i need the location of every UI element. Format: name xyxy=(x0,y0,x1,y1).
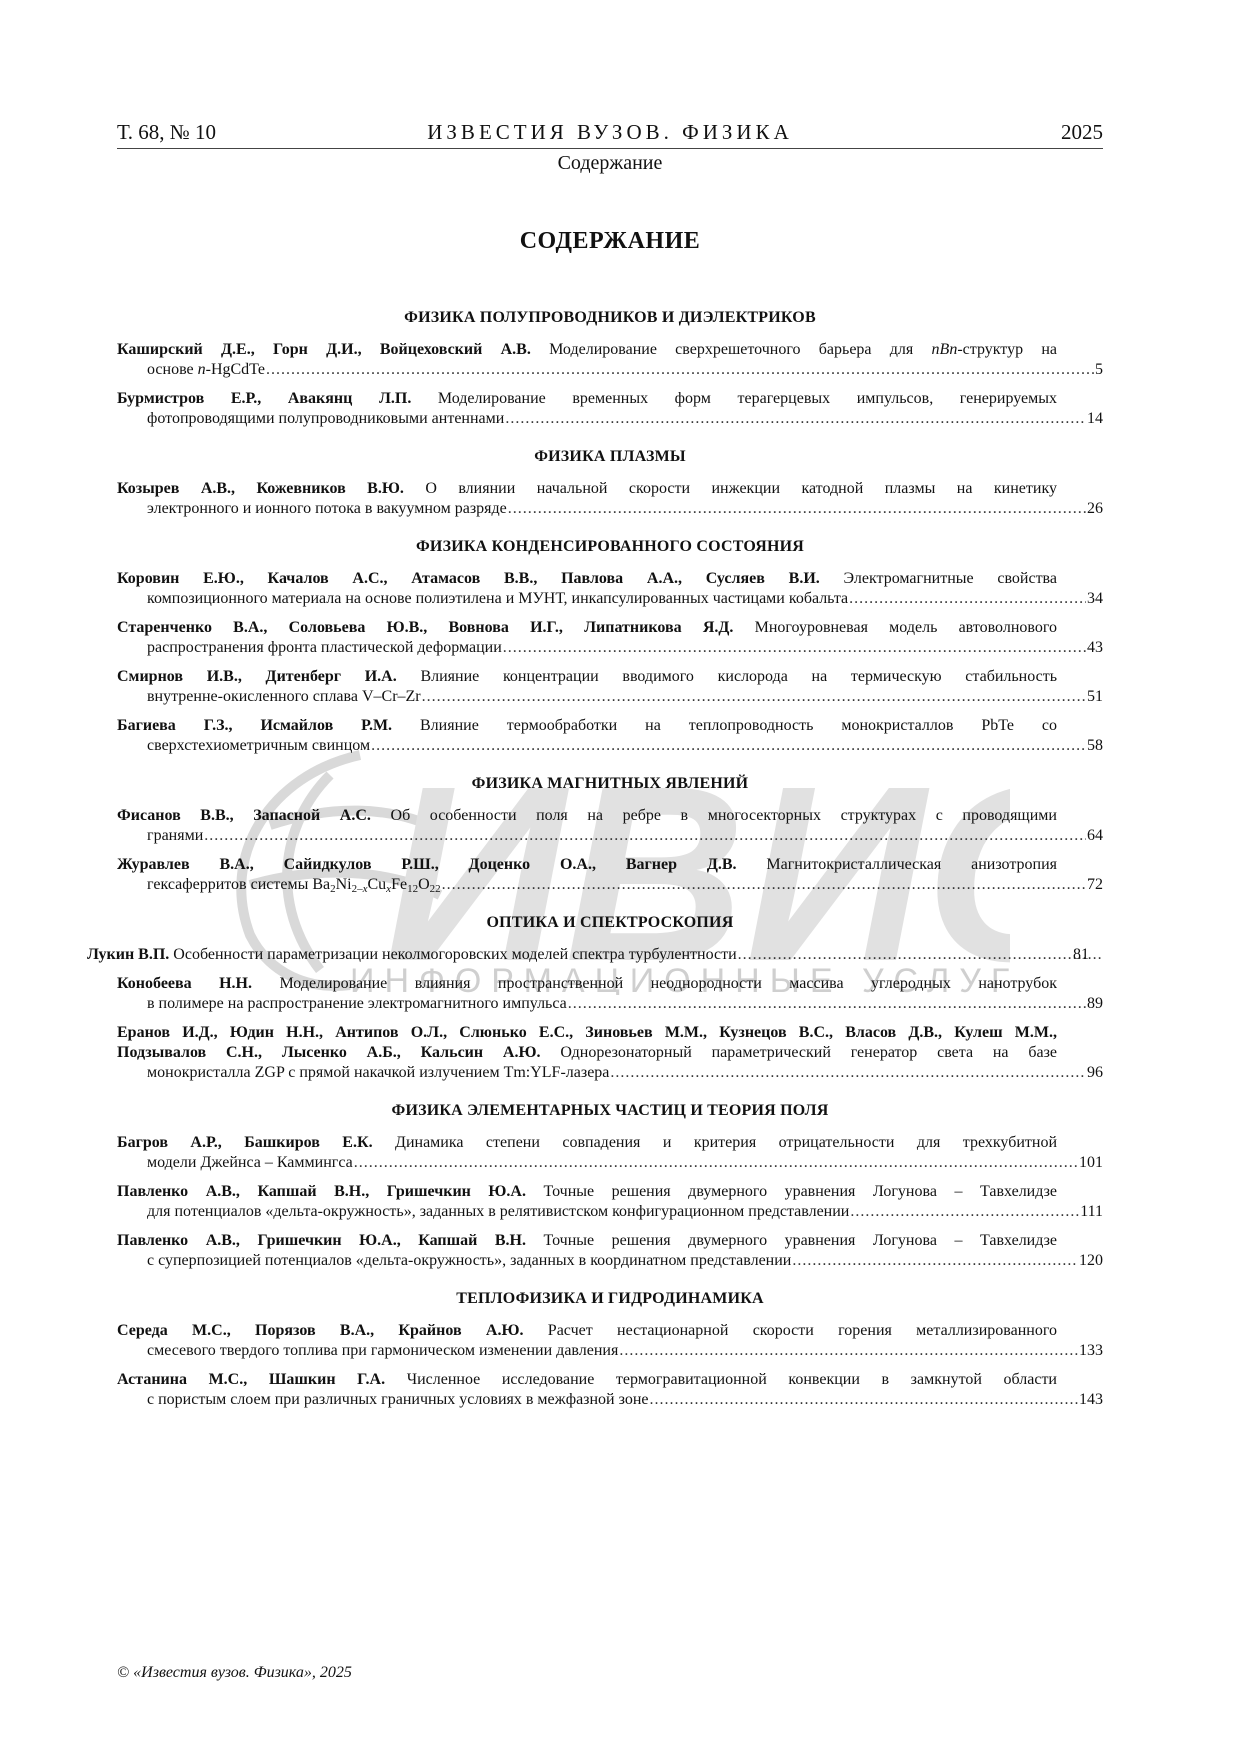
page-number[interactable]: 101 xyxy=(1079,1153,1103,1173)
entry-title-continued: модели Джейнса – Каммингса xyxy=(147,1153,353,1173)
entry-authors: Козырев А.В., Кожевников В.Ю. xyxy=(117,480,404,497)
page-number[interactable]: 51 xyxy=(1087,687,1103,707)
entry-title: Электромагнитные свойства xyxy=(844,570,1058,587)
running-header: Т. 68, № 10 ИЗВЕСТИЯ ВУЗОВ. ФИЗИКА 2025 xyxy=(117,118,1103,149)
entry-title-continued: в полимере на распространение электромаг… xyxy=(147,994,567,1014)
entry-authors: Еранов И.Д., Юдин Н.Н., Антипов О.Л., Сл… xyxy=(117,1024,1057,1041)
entry-title: О влиянии начальной скорости инжекции ка… xyxy=(425,480,1057,497)
leader-dots xyxy=(204,826,1086,846)
leader-dots xyxy=(371,736,1086,756)
section-title: ТЕПЛОФИЗИКА И ГИДРОДИНАМИКА xyxy=(117,1289,1103,1309)
entry-title-continued: монокристалла ZGP с прямой накачкой излу… xyxy=(147,1063,609,1083)
running-subtitle: Содержание xyxy=(117,152,1103,175)
entry-title-continued: гранями xyxy=(147,826,203,846)
toc-entry[interactable]: Журавлев В.А., Сайидкулов Р.Ш., Доценко … xyxy=(117,855,1103,895)
leader-dots xyxy=(505,409,1086,429)
toc-entry[interactable]: Старенченко В.А., Соловьева Ю.В., Вовнов… xyxy=(117,618,1103,658)
entry-authors: Павленко А.В., Гришечкин Ю.А., Капшай В.… xyxy=(117,1232,526,1249)
page: Т. 68, № 10 ИЗВЕСТИЯ ВУЗОВ. ФИЗИКА 2025 … xyxy=(0,0,1241,1755)
page-number[interactable]: 96 xyxy=(1087,1063,1103,1083)
leader-dots xyxy=(650,1390,1078,1410)
toc-entry[interactable]: Смирнов И.В., Дитенберг И.А. Влияние кон… xyxy=(117,667,1103,707)
entry-title: Об особенности поля на ребре в многосект… xyxy=(391,807,1057,824)
toc-section: ФИЗИКА ПЛАЗМЫКозырев А.В., Кожевников В.… xyxy=(117,447,1103,519)
entry-authors: Багров А.Р., Башкиров Е.К. xyxy=(117,1134,373,1151)
toc-entry[interactable]: Астанина М.С., Шашкин Г.А. Численное исс… xyxy=(117,1370,1103,1410)
toc-entry[interactable]: Середа М.С., Порязов В.А., Крайнов А.Ю. … xyxy=(117,1321,1103,1361)
page-title: СОДЕРЖАНИЕ xyxy=(117,228,1103,255)
toc-entry[interactable]: Багров А.Р., Башкиров Е.К. Динамика степ… xyxy=(117,1133,1103,1173)
page-number[interactable]: 26 xyxy=(1087,499,1103,519)
entry-title-continued: фотопроводящими полупроводниковыми антен… xyxy=(147,409,504,429)
leader-dots xyxy=(619,1341,1078,1361)
entry-authors: Каширский Д.Е., Горн Д.И., Войцеховский … xyxy=(117,341,531,358)
entry-title-continued: электронного и ионного потока в вакуумно… xyxy=(147,499,507,519)
entry-title: Моделирование сверхрешеточного барьера д… xyxy=(549,341,1057,358)
entry-authors: Середа М.С., Порязов В.А., Крайнов А.Ю. xyxy=(117,1322,523,1339)
entry-title: Магнитокристаллическая анизотропия xyxy=(766,856,1057,873)
entry-title: Точные решения двумерного уравнения Логу… xyxy=(544,1232,1057,1249)
entry-title: Численное исследование термогравитационн… xyxy=(407,1371,1057,1388)
table-of-contents: ФИЗИКА ПОЛУПРОВОДНИКОВ И ДИЭЛЕКТРИКОВКаш… xyxy=(117,308,1103,1419)
entry-authors: Коровин Е.Ю., Качалов А.С., Атамасов В.В… xyxy=(117,570,820,587)
year: 2025 xyxy=(1061,120,1103,145)
entry-title-continued: сверхстехиометричным свинцом xyxy=(147,736,370,756)
journal-name: ИЗВЕСТИЯ ВУЗОВ. ФИЗИКА xyxy=(117,120,1103,145)
entry-authors: Старенченко В.А., Соловьева Ю.В., Вовнов… xyxy=(117,619,733,636)
section-title: ФИЗИКА МАГНИТНЫХ ЯВЛЕНИЙ xyxy=(117,774,1103,794)
entry-title: Влияние концентрации вводимого кислорода… xyxy=(420,668,1057,685)
entry-title: Динамика степени совпадения и критерия о… xyxy=(395,1134,1057,1151)
entry-authors: Подзывалов С.Н., Лысенко А.Б., Кальсин А… xyxy=(117,1044,541,1061)
page-number[interactable]: 111 xyxy=(1080,1202,1103,1222)
entry-authors: Лукин В.П. xyxy=(87,946,169,963)
entry-title-continued: распространения фронта пластической дефо… xyxy=(147,638,502,658)
page-number[interactable]: 58 xyxy=(1087,736,1103,756)
entry-title-continued: основе n-HgCdTe xyxy=(147,360,265,380)
leader-dots xyxy=(354,1153,1078,1173)
section-title: ФИЗИКА ЭЛЕМЕНТАРНЫХ ЧАСТИЦ И ТЕОРИЯ ПОЛЯ xyxy=(117,1101,1103,1121)
leader-dots xyxy=(422,687,1086,707)
entry-title-continued: внутренне-окисленного сплава V–Cr–Zr xyxy=(147,687,421,707)
leader-dots xyxy=(266,360,1094,380)
entry-authors: Багиева Г.З., Исмайлов Р.М. xyxy=(117,717,392,734)
toc-entry[interactable]: Коровин Е.Ю., Качалов А.С., Атамасов В.В… xyxy=(117,569,1103,609)
entry-authors: Журавлев В.А., Сайидкулов Р.Ш., Доценко … xyxy=(117,856,737,873)
toc-entry[interactable]: Фисанов В.В., Запасной А.С. Об особеннос… xyxy=(117,806,1103,846)
leader-dots xyxy=(849,589,1086,609)
section-title: ОПТИКА И СПЕКТРОСКОПИЯ xyxy=(117,913,1103,933)
entry-title: Точные решения двумерного уравнения Логу… xyxy=(544,1183,1057,1200)
entry-title: Влияние термообработки на теплопроводнос… xyxy=(420,717,1057,734)
copyright-footer: © «Известия вузов. Физика», 2025 xyxy=(117,1664,352,1682)
toc-entry[interactable]: Еранов И.Д., Юдин Н.Н., Антипов О.Л., Сл… xyxy=(117,1023,1103,1083)
leader-dots xyxy=(568,994,1086,1014)
toc-section: ФИЗИКА ПОЛУПРОВОДНИКОВ И ДИЭЛЕКТРИКОВКаш… xyxy=(117,308,1103,429)
leader-dots xyxy=(610,1063,1086,1083)
leader-dots xyxy=(850,1202,1079,1222)
section-title: ФИЗИКА КОНДЕНСИРОВАННОГО СОСТОЯНИЯ xyxy=(117,537,1103,557)
toc-entry[interactable]: Павленко А.В., Гришечкин Ю.А., Капшай В.… xyxy=(117,1231,1103,1271)
toc-section: ТЕПЛОФИЗИКА И ГИДРОДИНАМИКАСереда М.С., … xyxy=(117,1289,1103,1410)
page-number[interactable]: 34 xyxy=(1087,589,1103,609)
toc-entry[interactable]: Бурмистров Е.Р., Авакянц Л.П. Моделирова… xyxy=(117,389,1103,429)
entry-title: Однорезонаторный параметрический генерат… xyxy=(560,1044,1057,1061)
section-title: ФИЗИКА ПОЛУПРОВОДНИКОВ И ДИЭЛЕКТРИКОВ xyxy=(117,308,1103,328)
page-number[interactable]: 89 xyxy=(1087,994,1103,1014)
page-number[interactable]: 133 xyxy=(1079,1341,1103,1361)
entry-title: Моделирование влияния пространственной н… xyxy=(279,975,1057,992)
entry-title-continued: композиционного материала на основе поли… xyxy=(147,589,848,609)
toc-entry[interactable]: Лукин В.П. Особенности параметризации не… xyxy=(117,945,1103,965)
toc-entry[interactable]: Каширский Д.Е., Горн Д.И., Войцеховский … xyxy=(117,340,1103,380)
toc-section: ФИЗИКА МАГНИТНЫХ ЯВЛЕНИЙФисанов В.В., За… xyxy=(117,774,1103,895)
entry-title: Расчет нестационарной скорости горения м… xyxy=(548,1322,1057,1339)
entry-title-continued: для потенциалов «дельта-окружность», зад… xyxy=(147,1202,849,1222)
page-number[interactable]: 120 xyxy=(1079,1251,1103,1271)
leader-dots xyxy=(792,1251,1078,1271)
toc-entry[interactable]: Конобеева Н.Н. Моделирование влияния про… xyxy=(117,974,1103,1014)
toc-entry[interactable]: Багиева Г.З., Исмайлов Р.М. Влияние терм… xyxy=(117,716,1103,756)
page-number[interactable]: 5 xyxy=(1095,360,1103,380)
toc-entry[interactable]: Павленко А.В., Капшай В.Н., Гришечкин Ю.… xyxy=(117,1182,1103,1222)
entry-title-continued: с пористым слоем при различных граничных… xyxy=(147,1390,649,1410)
page-number[interactable]: 143 xyxy=(1079,1390,1103,1410)
entry-authors: Конобеева Н.Н. xyxy=(117,975,252,992)
entry-title: Многоуровневая модель автоволнового xyxy=(755,619,1057,636)
toc-section: ФИЗИКА ЭЛЕМЕНТАРНЫХ ЧАСТИЦ И ТЕОРИЯ ПОЛЯ… xyxy=(117,1101,1103,1271)
toc-section: ФИЗИКА КОНДЕНСИРОВАННОГО СОСТОЯНИЯКорови… xyxy=(117,537,1103,756)
leader-dots xyxy=(738,945,1102,965)
entry-authors: Бурмистров Е.Р., Авакянц Л.П. xyxy=(117,390,411,407)
toc-entry[interactable]: Козырев А.В., Кожевников В.Ю. О влиянии … xyxy=(117,479,1103,519)
leader-dots xyxy=(503,638,1086,658)
entry-authors: Смирнов И.В., Дитенберг И.А. xyxy=(117,668,397,685)
page-number[interactable]: 14 xyxy=(1087,409,1103,429)
page-number[interactable]: 72 xyxy=(1087,875,1103,895)
section-title: ФИЗИКА ПЛАЗМЫ xyxy=(117,447,1103,467)
leader-dots xyxy=(442,875,1086,895)
entry-title-continued: смесевого твердого топлива при гармониче… xyxy=(147,1341,618,1361)
toc-section: ОПТИКА И СПЕКТРОСКОПИЯЛукин В.П. Особенн… xyxy=(117,913,1103,1083)
entry-title: Моделирование временных форм терагерцевы… xyxy=(438,390,1057,407)
entry-authors: Павленко А.В., Капшай В.Н., Гришечкин Ю.… xyxy=(117,1183,526,1200)
entry-title: Особенности параметризации неколмогоровс… xyxy=(173,946,736,963)
leader-dots xyxy=(508,499,1086,519)
page-number[interactable]: 43 xyxy=(1087,638,1103,658)
entry-authors: Астанина М.С., Шашкин Г.А. xyxy=(117,1371,385,1388)
page-number[interactable]: 64 xyxy=(1087,826,1103,846)
entry-title-continued: с суперпозицией потенциалов «дельта-окру… xyxy=(147,1251,791,1271)
entry-authors: Фисанов В.В., Запасной А.С. xyxy=(117,807,371,824)
entry-title-continued: гексаферритов системы Ba2Ni2–xCuxFe12O22 xyxy=(147,875,441,895)
